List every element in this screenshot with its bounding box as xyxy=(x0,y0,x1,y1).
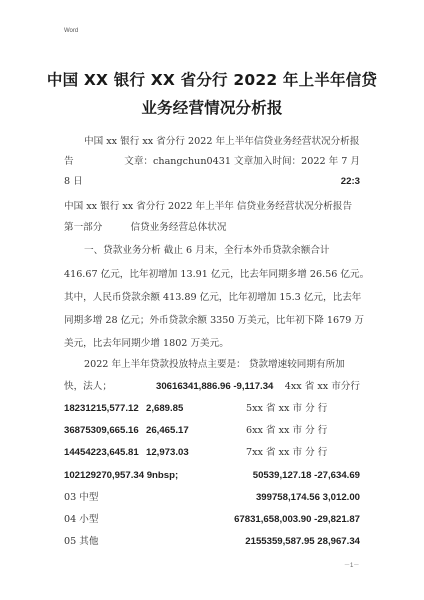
document-title-line1: 中国 XX 银行 XX 省分行 2022 年上半年信贷 xyxy=(0,68,424,90)
document-title-line2: 业务经营情况分析报 xyxy=(0,96,424,118)
paragraph-2-line-2: 快，法人； 30616341,886.96 -9,117.34 4xx 省 xx… xyxy=(64,381,360,393)
part-label: 第一部分 xyxy=(64,222,102,233)
document-page: Word 中国 XX 银行 XX 省分行 2022 年上半年信贷 业务经营情况分… xyxy=(0,0,424,600)
part-title: 信贷业务经营总体状况 xyxy=(131,222,227,233)
data-row-branch: 6xx 省 xx 市 分 行 xyxy=(246,425,327,437)
paragraph-2-line-1: 2022 年上半年贷款投放特点主要是： 贷款增速较同期有所加 xyxy=(64,359,380,371)
data-row-value-b: 2,689.85 xyxy=(146,403,183,415)
data-row-value-a: 36875309,665.16 xyxy=(64,425,139,436)
data-row: 18231215,577.12 2,689.85 5xx 省 xx 市 分 行 xyxy=(64,403,360,415)
meta-line-2-left: 告 xyxy=(64,156,74,167)
paragraph-1-line-5: 美元，比去年同期少增 1802 万美元。 xyxy=(64,338,360,350)
data-row-category: 03 中型 xyxy=(64,492,98,503)
data-row-value-b: 12,973.03 xyxy=(146,447,189,459)
data-row: 04 小型 67831,658,003.90 -29,821.87 xyxy=(64,514,360,526)
part-heading: 第一部分 信贷业务经营总体状况 xyxy=(64,222,360,234)
data-row-branch: 5xx 省 xx 市 分 行 xyxy=(246,403,327,415)
paragraph-1-line-4: 同期多增 28 亿元；外币贷款余额 3350 万美元，比年初下降 1679 万 xyxy=(64,315,360,327)
data-row: 03 中型 399758,174.56 3,012.00 xyxy=(64,492,360,504)
data-row: 05 其他 2155359,587.95 28,967.34 xyxy=(64,536,360,548)
meta-line-3: 8 日 22:3 xyxy=(64,176,360,188)
data-row-values: 399758,174.56 3,012.00 xyxy=(256,492,360,504)
data-row-value-a: 102129270,957.34 9nbsp; xyxy=(64,470,178,481)
header-label: Word xyxy=(64,28,78,34)
data-row-values: 2155359,587.95 28,967.34 xyxy=(245,536,360,548)
paragraph-2-line-2-values: 30616341,886.96 -9,117.34 xyxy=(156,381,273,393)
data-row-category: 05 其他 xyxy=(64,536,98,547)
paragraph-1-line-1: 一、贷款业务分析 截止 6 月末，全行本外币贷款余额合计 xyxy=(64,245,380,257)
data-row-values: 50539,127.18 -27,634.69 xyxy=(253,470,360,482)
data-row: 102129270,957.34 9nbsp; 50539,127.18 -27… xyxy=(64,470,360,482)
paragraph-1-line-3: 其中，人民币贷款余额 413.89 亿元，比年初增加 15.3 亿元，比去年 xyxy=(64,292,360,304)
meta-line-3-left: 8 日 xyxy=(64,176,83,187)
data-row-branch: 7xx 省 xx 市 分 行 xyxy=(246,447,327,459)
paragraph-2-line-2-left: 快，法人； xyxy=(64,381,112,392)
data-row-value-a: 14454223,645.81 xyxy=(64,447,139,458)
meta-line-2: 告 文章：changchun0431 文章加入时间：2022 年 7 月 xyxy=(64,156,360,168)
data-row: 36875309,665.16 26,465.17 6xx 省 xx 市 分 行 xyxy=(64,425,360,437)
data-row-value-b: 26,465.17 xyxy=(146,425,189,437)
meta-line-3-right: 22:3 xyxy=(341,176,360,188)
report-title: 中国 xx 银行 xx 省分行 2022 年上半年 信贷业务经营状况分析报告 xyxy=(64,201,360,213)
data-row-values: 67831,658,003.90 -29,821.87 xyxy=(234,514,360,526)
meta-line-1: 中国 xx 银行 xx 省分行 2022 年上半年信贷业务经营状况分析报 xyxy=(64,136,380,148)
paragraph-2-line-2-branch: 4xx 省 xx 市分行 xyxy=(285,381,360,393)
meta-line-2-right: 文章：changchun0431 文章加入时间：2022 年 7 月 xyxy=(124,156,360,168)
paragraph-1-line-2: 416.67 亿元，比年初增加 13.91 亿元，比去年同期多增 26.56 亿… xyxy=(64,269,360,281)
data-row: 14454223,645.81 12,973.03 7xx 省 xx 市 分 行 xyxy=(64,447,360,459)
data-row-value-a: 18231215,577.12 xyxy=(64,403,139,414)
page-number: －1－ xyxy=(344,560,359,569)
data-row-category: 04 小型 xyxy=(64,514,98,525)
